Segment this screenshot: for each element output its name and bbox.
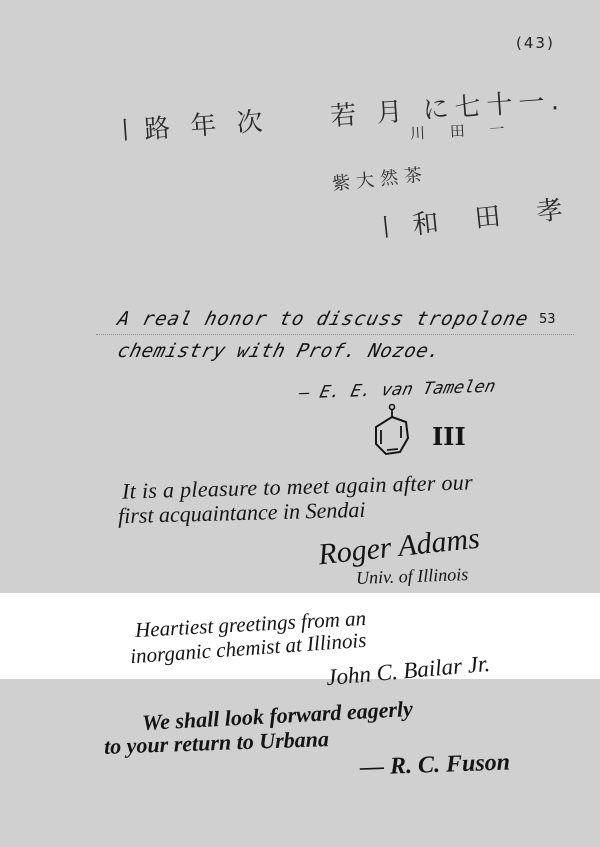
entry-line: chemistry with Prof. Nozoe. [115,340,443,362]
page-number: (43) [516,34,555,52]
entry-line: first acquaintance in Sendai [118,497,366,529]
japanese-inscription-right-3: 紫大然茶 [331,160,429,196]
margin-note: 53 [539,312,556,327]
signature: — E. E. van Tamelen [297,377,497,404]
affiliation: Univ. of Illinois [356,564,469,589]
signature: — R. C. Fuson [360,749,511,781]
structure-label: III [432,422,466,451]
entry-line: A real honor to discuss tropolone [115,308,531,330]
japanese-inscription-left: 〡路 年 次 [111,101,270,149]
entry-line: to your return to Urbana [104,726,330,760]
dotted-rule [96,334,574,335]
japanese-inscription-right-4: 〡和 田 孝 郎 [371,181,600,246]
tropone-ring-icon [370,402,418,460]
japanese-inscription-right-2: 川 田 一 [410,117,516,143]
